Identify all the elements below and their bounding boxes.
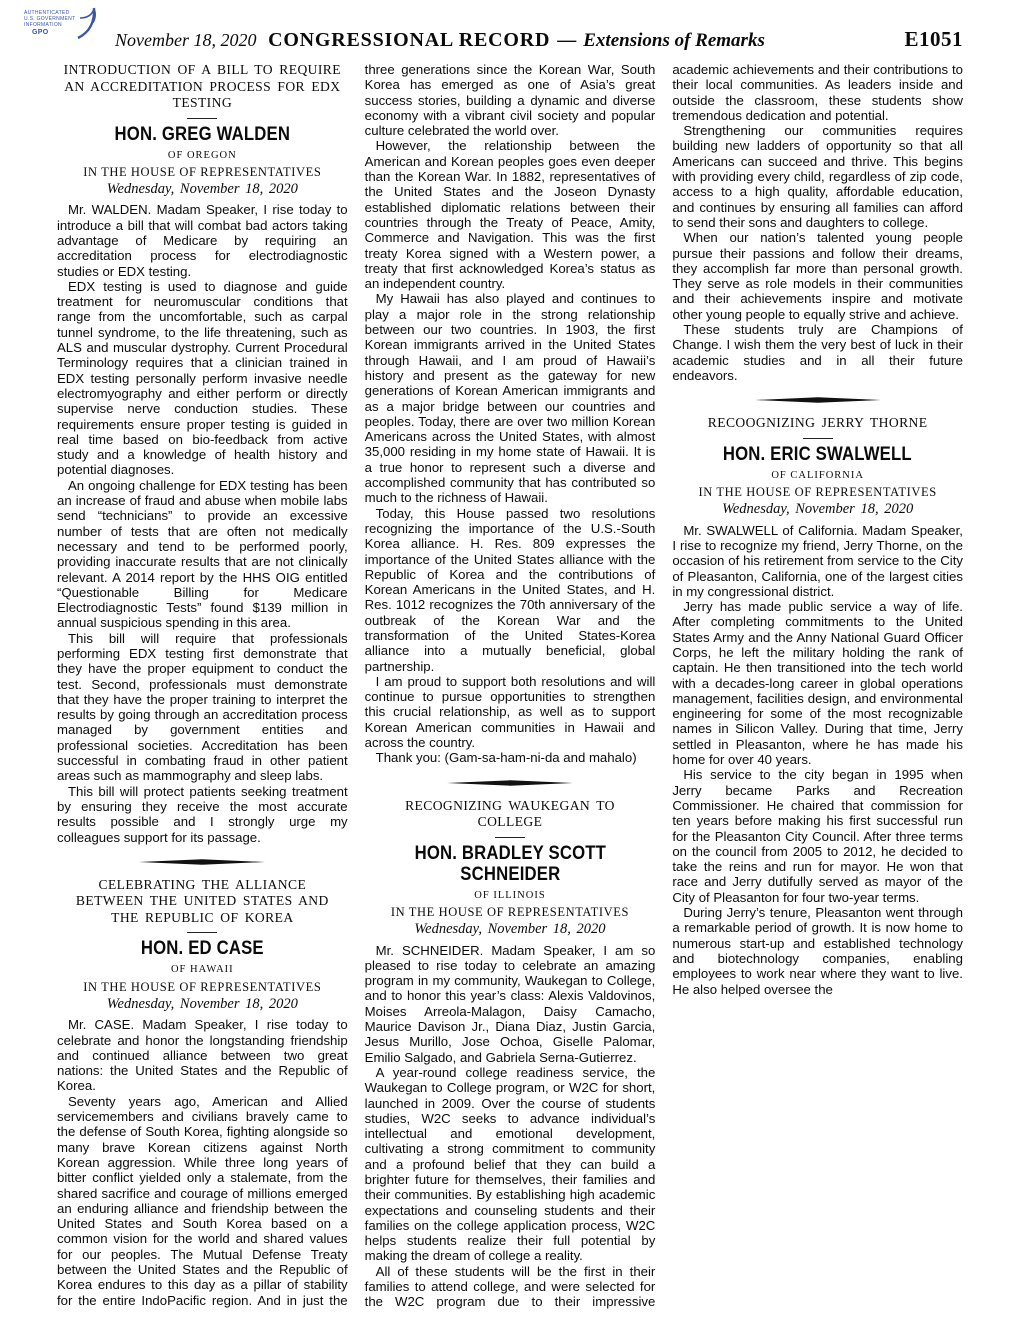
masthead-section: Extensions of Remarks [583,30,765,51]
chamber-line: IN THE HOUSE OF REPRESENTATIVES [57,165,348,180]
section-divider-ornament [672,397,963,403]
article-head: CELEBRATING THE ALLIANCE BETWEEN THE UNI… [57,877,348,1012]
article-title: RECOOGNIZING JERRY THORNE [672,415,963,432]
paragraph: His service to the city began in 1995 wh… [672,767,963,905]
article-title: CELEBRATING THE ALLIANCE BETWEEN THE UNI… [57,877,348,927]
article-walden-edx-bill: INTRODUCTION OF A BILL TO REQUIRE AN ACC… [57,62,348,845]
paragraph: During Jerry’s tenure, Pleasanton went t… [672,905,963,997]
chamber-line: IN THE HOUSE OF REPRESENTATIVES [57,980,348,995]
speaker-name: HON. GREG WALDEN [74,124,330,145]
paragraph: EDX testing is used to diagnose and guid… [57,279,348,478]
title-rule [803,438,833,439]
paragraph: Mr. CASE. Madam Speaker, I rise today to… [57,1017,348,1093]
paragraph: I am proud to support both resolutions a… [365,674,656,750]
paragraph: An ongoing challenge for EDX testing has… [57,478,348,631]
paragraph: My Hawaii has also played and continues … [365,291,656,505]
paragraph: This bill will require that professional… [57,631,348,784]
speaker-state: OF CALIFORNIA [672,468,963,483]
chamber-line: IN THE HOUSE OF REPRESENTATIVES [672,485,963,500]
masthead: CONGRESSIONAL RECORD — Extensions of Rem… [268,29,765,52]
speaker-state: OF ILLINOIS [365,888,656,903]
paragraph: Today, this House passed two resolutions… [365,506,656,674]
section-divider-ornament [57,859,348,865]
paragraph: These students truly are Champions of Ch… [672,322,963,383]
speaker-name: HON. ERIC SWALWELL [690,444,946,465]
speaker-name: HON. ED CASE [74,938,330,959]
paragraph: Mr. SCHNEIDER. Madam Speaker, I am so pl… [365,943,656,1065]
speech-date: Wednesday, November 18, 2020 [365,922,656,937]
title-rule [187,118,217,119]
speaker-state: OF HAWAII [57,962,348,977]
paragraph: This bill will protect patients seeking … [57,784,348,845]
paragraph: Mr. SWALWELL of California. Madam Speake… [672,523,963,599]
page-number: E1051 [765,27,963,52]
speech-date: Wednesday, November 18, 2020 [57,182,348,197]
article-head: INTRODUCTION OF A BILL TO REQUIRE AN ACC… [57,62,348,197]
section-divider-ornament [365,780,656,786]
article-title: INTRODUCTION OF A BILL TO REQUIRE AN ACC… [57,62,348,112]
masthead-separator: — [557,30,576,51]
title-rule [187,932,217,933]
paragraph: However, the relationship between the Am… [365,138,656,291]
paragraph: Jerry has made public service a way of l… [672,599,963,767]
issue-date: November 18, 2020 [57,30,268,51]
article-head: RECOOGNIZING JERRY THORNE HON. ERIC SWAL… [672,415,963,517]
title-rule [495,837,525,838]
speech-date: Wednesday, November 18, 2020 [672,502,963,517]
speech-date: Wednesday, November 18, 2020 [57,997,348,1012]
paragraph: A year-round college readiness service, … [365,1065,656,1264]
paragraph: Mr. WALDEN. Madam Speaker, I rise today … [57,202,348,278]
paragraph: Strengthening our communities requires b… [672,123,963,230]
article-head: RECOGNIZING WAUKEGAN TO COLLEGE HON. BRA… [365,798,656,938]
speaker-state: OF OREGON [57,148,348,163]
masthead-title: CONGRESSIONAL RECORD [268,29,550,51]
paragraph: Thank you: (Gam-sa-ham-ni-da and mahalo) [365,750,656,765]
chamber-line: IN THE HOUSE OF REPRESENTATIVES [365,905,656,920]
article-columns: INTRODUCTION OF A BILL TO REQUIRE AN ACC… [57,62,963,1317]
article-swalwell-jerry-thorne: RECOOGNIZING JERRY THORNE HON. ERIC SWAL… [672,415,963,997]
running-head: November 18, 2020 CONGRESSIONAL RECORD —… [57,27,963,52]
speaker-name: HON. BRADLEY SCOTT SCHNEIDER [382,843,638,885]
article-title: RECOGNIZING WAUKEGAN TO COLLEGE [365,798,656,831]
paragraph: When our nation’s talented young people … [672,230,963,322]
